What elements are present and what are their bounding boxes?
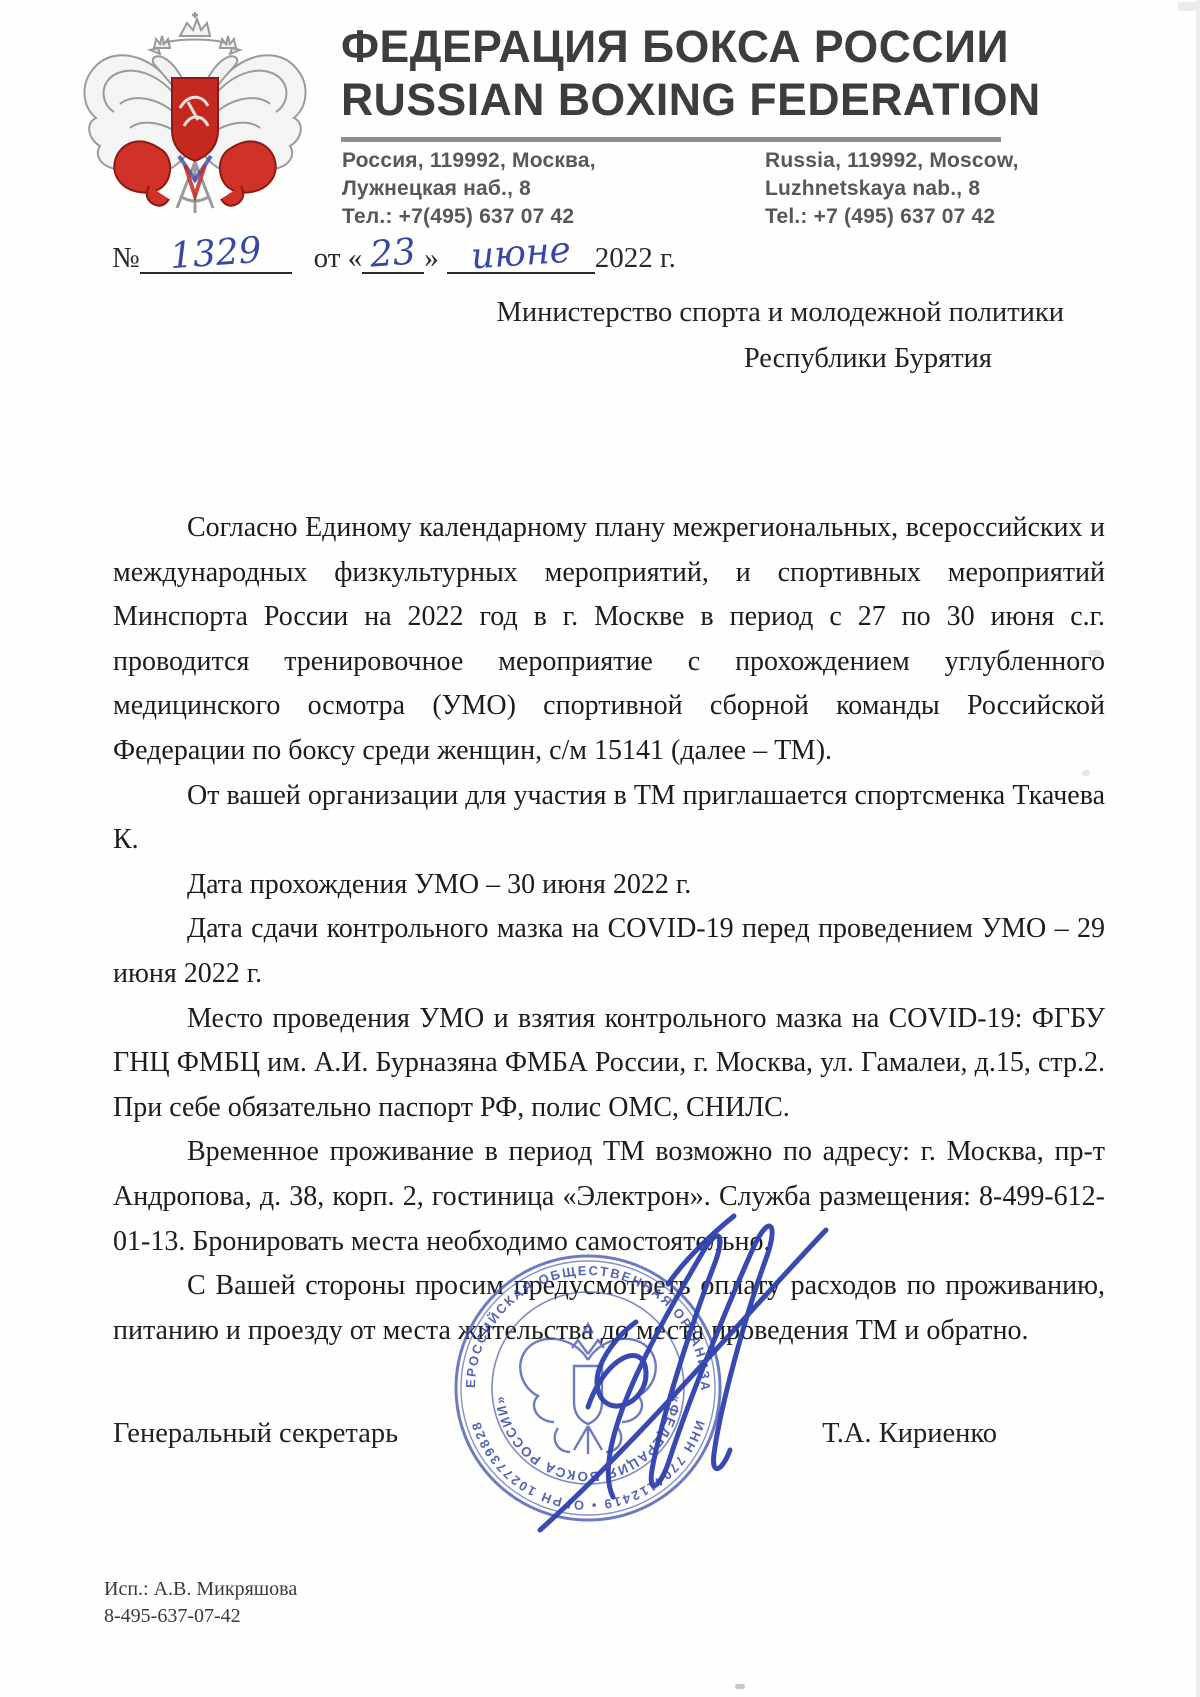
body-paragraph: Место проведения УМО и взятия контрольно… [113, 997, 1105, 1131]
signatory-title: Генеральный секретарь [113, 1418, 398, 1450]
quote-close: » [424, 242, 439, 274]
address-ru: Россия, 119992, Москва, Лужнецкая наб., … [342, 147, 596, 231]
emblem-shield [172, 78, 218, 161]
body-paragraph: Дата прохождения УМО – 30 июня 2022 г. [113, 863, 1105, 908]
scan-speck-artifact [735, 1684, 745, 1689]
executor-block: Исп.: А.В. Микряшова 8-495-637-07-42 [104, 1576, 297, 1630]
recipient-line-2: Республики Бурятия [496, 336, 992, 382]
number-label: № [112, 242, 140, 274]
month-field: июне [447, 238, 595, 274]
address-ru-line: Лужнецкая наб., 8 [342, 175, 596, 203]
body-paragraph: Согласно Единому календарному плану межр… [113, 506, 1105, 774]
org-title-ru: ФЕДЕРАЦИЯ БОКСА РОССИИ [341, 20, 996, 73]
body-paragraph: От вашей организации для участия в ТМ пр… [113, 774, 1105, 863]
handwritten-number: 1329 [169, 233, 263, 275]
executor-name: Исп.: А.В. Микряшова [104, 1576, 297, 1603]
recipient-line-1: Министерство спорта и молодежной политик… [496, 290, 1064, 336]
handwritten-day: 23 [369, 234, 417, 273]
body-paragraph: Дата сдачи контрольного мазка на COVID-1… [113, 907, 1105, 996]
federation-emblem-icon [76, 10, 314, 218]
scan-edge-artifact [1196, 0, 1200, 1697]
year-label: 2022 г. [595, 242, 676, 274]
signature-row: Генеральный секретарь Т.А. Кириенко [113, 1418, 1105, 1450]
handwritten-signature [518, 1192, 854, 1542]
address-en-line: Russia, 119992, Moscow, [765, 147, 1019, 175]
address-ru-line: Россия, 119992, Москва, [342, 147, 596, 175]
from-label: от « [314, 242, 363, 274]
executor-phone: 8-495-637-07-42 [104, 1603, 297, 1630]
address-en-line: Luzhnetskaya nab., 8 [765, 175, 1019, 203]
number-field: 1329 [140, 238, 292, 274]
handwritten-month: июне [470, 233, 572, 276]
recipient-block: Министерство спорта и молодежной политик… [496, 290, 1064, 382]
scan-speck-artifact [1178, 2, 1196, 11]
address-en: Russia, 119992, Moscow, Luzhnetskaya nab… [765, 147, 1019, 231]
header-divider [341, 137, 1001, 142]
signatory-name: Т.А. Кириенко [822, 1418, 997, 1450]
address-ru-line: Тел.: +7(495) 637 07 42 [342, 203, 596, 231]
org-title-en: RUSSIAN BOXING FEDERATION [341, 73, 996, 126]
letter-page: ФЕДЕРАЦИЯ БОКСА РОССИИ RUSSIAN BOXING FE… [0, 0, 1200, 1697]
header-titles: ФЕДЕРАЦИЯ БОКСА РОССИИ RUSSIAN BOXING FE… [341, 20, 1003, 126]
reference-line: №1329от «23»июне2022 г. [112, 238, 1072, 275]
address-en-line: Tel.: +7 (495) 637 07 42 [765, 203, 1019, 231]
day-field: 23 [362, 238, 424, 274]
